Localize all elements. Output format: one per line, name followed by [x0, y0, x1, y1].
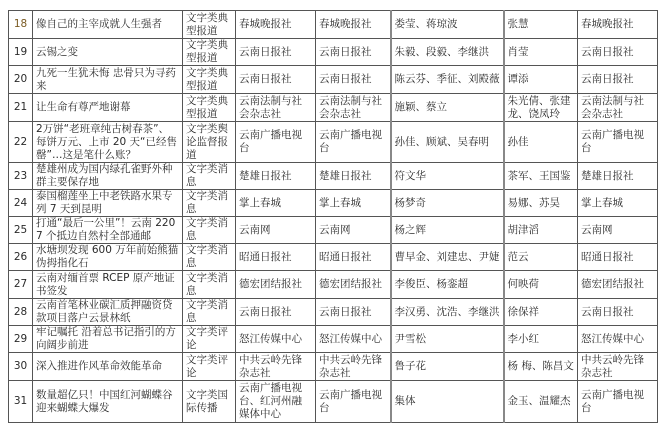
- editors-cell: 茶军、王国鉴: [504, 163, 578, 190]
- recommending-unit-cell: 德宏团结报社: [316, 271, 391, 299]
- award-category-cell: 文字类评论: [183, 353, 236, 381]
- recommending-unit-cell: 春城晚报社: [316, 11, 391, 39]
- recommending-unit-cell: 掌上春城: [316, 190, 391, 217]
- authors-cell: 集体: [391, 381, 504, 423]
- work-title-cell: 楚雄州成为国内绿孔雀野外种群主要保存地: [33, 163, 183, 190]
- work-title-cell: 打通“最后一公里”！云南 2207 个抵边自然村全部通邮: [33, 217, 183, 244]
- award-category-cell: 文字类消息: [183, 299, 236, 326]
- submitting-unit-cell: 云南法制与社会杂志社: [578, 94, 658, 122]
- award-category-cell: 文字类消息: [183, 190, 236, 217]
- award-category-cell: 文字类消息: [183, 163, 236, 190]
- row-number-cell: 30: [9, 353, 33, 381]
- submitting-unit-cell: 昭通日报社: [578, 244, 658, 271]
- work-title-cell: 深入推进作风革命效能革命: [33, 353, 183, 381]
- row-number-cell: 22: [9, 122, 33, 163]
- publishing-unit-cell: 云南广播电视台、红河州融媒体中心: [236, 381, 316, 423]
- authors-cell: 娄莹、蒋琼波: [391, 11, 504, 39]
- publishing-unit-cell: 云南日报社: [236, 66, 316, 94]
- recommending-unit-cell: 云南日报社: [316, 39, 391, 66]
- table-row: 21让生命有尊严地谢幕文字类典型报道云南法制与社会杂志社云南法制与社会杂志社施颖…: [9, 94, 658, 122]
- publishing-unit-cell: 云南广播电视台: [236, 122, 316, 163]
- award-category-cell: 文字类消息: [183, 244, 236, 271]
- table-row: 24泰国榴莲坐上中老铁路水果专列 7 天到昆明文字类消息掌上春城掌上春城杨梦奇易…: [9, 190, 658, 217]
- recommending-unit-cell: 云南日报社: [316, 66, 391, 94]
- authors-cell: 杨梦奇: [391, 190, 504, 217]
- table-row: 31数量超亿只！中国红河蝴蝶谷迎来蝴蝶大爆发文字类国际传播云南广播电视台、红河州…: [9, 381, 658, 423]
- editors-cell: 胡津滔: [504, 217, 578, 244]
- submitting-unit-cell: 春城晚报社: [578, 11, 658, 39]
- row-number-cell: 18: [9, 11, 33, 39]
- editors-cell: 朱光倩、张建龙、饶凤玲: [504, 94, 578, 122]
- submitting-unit-cell: 云南网: [578, 217, 658, 244]
- editors-cell: 何映荷: [504, 271, 578, 299]
- submitting-unit-cell: 怒江传媒中心: [578, 326, 658, 353]
- award-category-cell: 文字类消息: [183, 271, 236, 299]
- authors-cell: 施颖、蔡立: [391, 94, 504, 122]
- authors-cell: 李俊臣、杨銮超: [391, 271, 504, 299]
- work-title-cell: 云南对缅首票 RCEP 原产地证书签发: [33, 271, 183, 299]
- recommending-unit-cell: 云南法制与社会杂志社: [316, 94, 391, 122]
- submitting-unit-cell: 云南日报社: [578, 39, 658, 66]
- submitting-unit-cell: 云南广播电视台: [578, 381, 658, 423]
- publishing-unit-cell: 昭通日报社: [236, 244, 316, 271]
- editors-cell: 张慧: [504, 11, 578, 39]
- row-number-cell: 19: [9, 39, 33, 66]
- authors-cell: 符文华: [391, 163, 504, 190]
- award-category-cell: 文字类国际传播: [183, 381, 236, 423]
- publishing-unit-cell: 楚雄日报社: [236, 163, 316, 190]
- work-title-cell: 像自己的主宰成就人生强者: [33, 11, 183, 39]
- table-row: 30深入推进作风革命效能革命文字类评论中共云岭先锋杂志社中共云岭先锋杂志社鲁子花…: [9, 353, 658, 381]
- submitting-unit-cell: 中共云岭先锋杂志社: [578, 353, 658, 381]
- publishing-unit-cell: 掌上春城: [236, 190, 316, 217]
- table-row: 19云锡之变文字类典型报道云南日报社云南日报社朱毅、段毅、李继洪肖莹云南日报社: [9, 39, 658, 66]
- recommending-unit-cell: 昭通日报社: [316, 244, 391, 271]
- work-title-cell: 云南首笔林业碳汇质押融资贷款项目落户云景林纸: [33, 299, 183, 326]
- award-category-cell: 文字类评论: [183, 326, 236, 353]
- recommending-unit-cell: 云南网: [316, 217, 391, 244]
- table-row: 23楚雄州成为国内绿孔雀野外种群主要保存地文字类消息楚雄日报社楚雄日报社符文华茶…: [9, 163, 658, 190]
- work-title-cell: 数量超亿只！中国红河蝴蝶谷迎来蝴蝶大爆发: [33, 381, 183, 423]
- table-row: 26水塘坝发现 600 万年前始熊猫伪拇指化石文字类消息昭通日报社昭通日报社曹早…: [9, 244, 658, 271]
- submitting-unit-cell: 德宏团结报社: [578, 271, 658, 299]
- editors-cell: 肖莹: [504, 39, 578, 66]
- table-row: 28云南首笔林业碳汇质押融资贷款项目落户云景林纸文字类消息云南日报社云南日报社李…: [9, 299, 658, 326]
- awards-table-body: 18像自己的主宰成就人生强者文字类典型报道春城晚报社春城晚报社娄莹、蒋琼波张慧春…: [9, 11, 658, 423]
- authors-cell: 鲁子花: [391, 353, 504, 381]
- publishing-unit-cell: 云南法制与社会杂志社: [236, 94, 316, 122]
- authors-cell: 孙佳、顾斌、吴春明: [391, 122, 504, 163]
- publishing-unit-cell: 德宏团结报社: [236, 271, 316, 299]
- row-number-cell: 29: [9, 326, 33, 353]
- authors-cell: 李汉勇、沈浩、李继洪: [391, 299, 504, 326]
- authors-cell: 杨之辉: [391, 217, 504, 244]
- publishing-unit-cell: 云南网: [236, 217, 316, 244]
- editors-cell: 易娜、苏昊: [504, 190, 578, 217]
- authors-cell: 尹雪松: [391, 326, 504, 353]
- editors-cell: 孙佳: [504, 122, 578, 163]
- submitting-unit-cell: 云南日报社: [578, 66, 658, 94]
- recommending-unit-cell: 云南广播电视台: [316, 122, 391, 163]
- publishing-unit-cell: 云南日报社: [236, 299, 316, 326]
- table-row: 25打通“最后一公里”！云南 2207 个抵边自然村全部通邮文字类消息云南网云南…: [9, 217, 658, 244]
- work-title-cell: 2万饼“老班章纯古树春茶”、每饼万元、上市 20 天“已经售罄”…这是笔什么账？: [33, 122, 183, 163]
- row-number-cell: 31: [9, 381, 33, 423]
- editors-cell: 谭添: [504, 66, 578, 94]
- publishing-unit-cell: 中共云岭先锋杂志社: [236, 353, 316, 381]
- row-number-cell: 24: [9, 190, 33, 217]
- award-category-cell: 文字类典型报道: [183, 11, 236, 39]
- table-row: 29牢记嘱托 沿着总书记指引的方向阔步前进文字类评论怒江传媒中心怒江传媒中心尹雪…: [9, 326, 658, 353]
- row-number-cell: 28: [9, 299, 33, 326]
- recommending-unit-cell: 中共云岭先锋杂志社: [316, 353, 391, 381]
- row-number-cell: 21: [9, 94, 33, 122]
- recommending-unit-cell: 云南广播电视台: [316, 381, 391, 423]
- row-number-cell: 26: [9, 244, 33, 271]
- submitting-unit-cell: 云南日报社: [578, 299, 658, 326]
- publishing-unit-cell: 云南日报社: [236, 39, 316, 66]
- work-title-cell: 让生命有尊严地谢幕: [33, 94, 183, 122]
- editors-cell: 杨 梅、陈昌文: [504, 353, 578, 381]
- table-row: 20九死一生犹未悔 忠骨只为寻药来文字类典型报道云南日报社云南日报社陈云芬、季征…: [9, 66, 658, 94]
- editors-cell: 金玉、温耀杰: [504, 381, 578, 423]
- row-number-cell: 27: [9, 271, 33, 299]
- work-title-cell: 九死一生犹未悔 忠骨只为寻药来: [33, 66, 183, 94]
- award-category-cell: 文字类典型报道: [183, 94, 236, 122]
- authors-cell: 曹早金、刘建忠、尹婕: [391, 244, 504, 271]
- award-category-cell: 文字类典型报道: [183, 39, 236, 66]
- submitting-unit-cell: 掌上春城: [578, 190, 658, 217]
- work-title-cell: 水塘坝发现 600 万年前始熊猫伪拇指化石: [33, 244, 183, 271]
- recommending-unit-cell: 怒江传媒中心: [316, 326, 391, 353]
- publishing-unit-cell: 春城晚报社: [236, 11, 316, 39]
- award-category-cell: 文字类典型报道: [183, 66, 236, 94]
- work-title-cell: 云锡之变: [33, 39, 183, 66]
- row-number-cell: 25: [9, 217, 33, 244]
- row-number-cell: 23: [9, 163, 33, 190]
- table-row: 27云南对缅首票 RCEP 原产地证书签发文字类消息德宏团结报社德宏团结报社李俊…: [9, 271, 658, 299]
- submitting-unit-cell: 云南广播电视台: [578, 122, 658, 163]
- publishing-unit-cell: 怒江传媒中心: [236, 326, 316, 353]
- authors-cell: 朱毅、段毅、李继洪: [391, 39, 504, 66]
- editors-cell: 徐保祥: [504, 299, 578, 326]
- table-row: 18像自己的主宰成就人生强者文字类典型报道春城晚报社春城晚报社娄莹、蒋琼波张慧春…: [9, 11, 658, 39]
- editors-cell: 范云: [504, 244, 578, 271]
- row-number-cell: 20: [9, 66, 33, 94]
- table-row: 222万饼“老班章纯古树春茶”、每饼万元、上市 20 天“已经售罄”…这是笔什么…: [9, 122, 658, 163]
- submitting-unit-cell: 楚雄日报社: [578, 163, 658, 190]
- work-title-cell: 牢记嘱托 沿着总书记指引的方向阔步前进: [33, 326, 183, 353]
- award-category-cell: 文字类舆论监督报道: [183, 122, 236, 163]
- recommending-unit-cell: 云南日报社: [316, 299, 391, 326]
- award-category-cell: 文字类消息: [183, 217, 236, 244]
- authors-cell: 陈云芬、季征、刘殿薇: [391, 66, 504, 94]
- recommending-unit-cell: 楚雄日报社: [316, 163, 391, 190]
- editors-cell: 李小红: [504, 326, 578, 353]
- work-title-cell: 泰国榴莲坐上中老铁路水果专列 7 天到昆明: [33, 190, 183, 217]
- awards-table: 18像自己的主宰成就人生强者文字类典型报道春城晚报社春城晚报社娄莹、蒋琼波张慧春…: [8, 10, 658, 423]
